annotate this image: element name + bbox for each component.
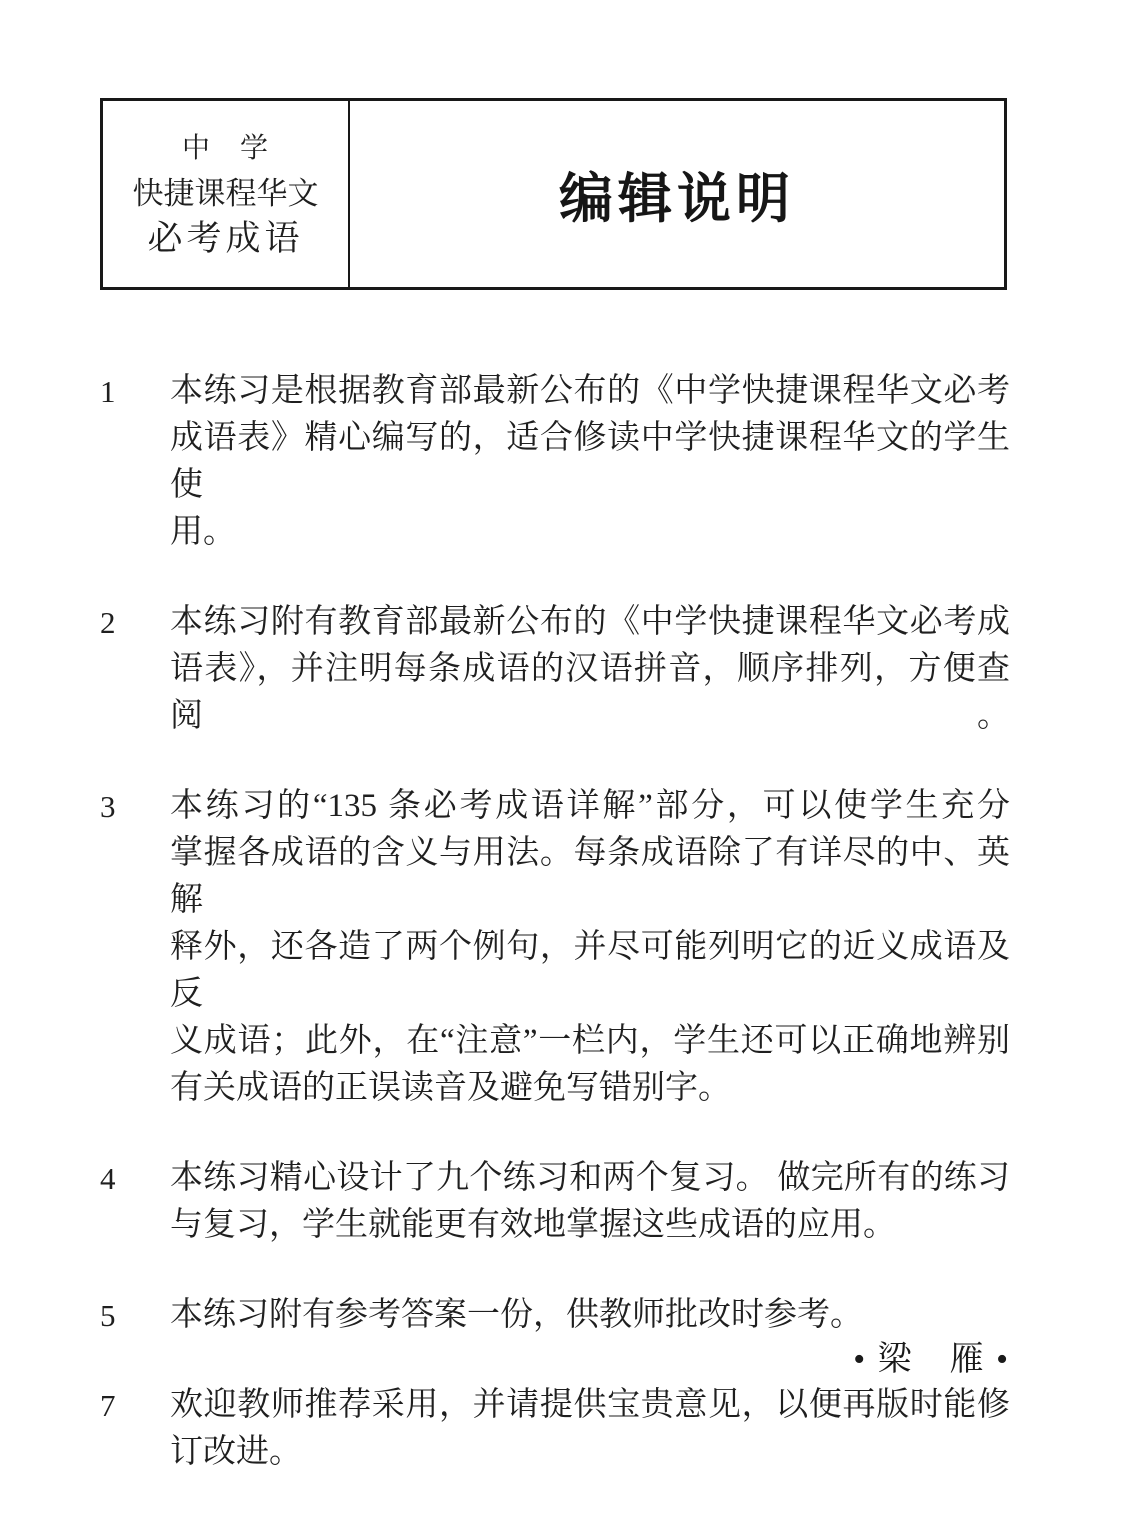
item-number: 7 bbox=[100, 1382, 170, 1476]
item-text: 本练习附有教育部最新公布的《中学快捷课程华文必考成 语表》，并注明每条成语的汉语… bbox=[170, 599, 1010, 740]
item-text: 本练习附有参考答案一份，供教师批改时参考。 bbox=[170, 1292, 1010, 1339]
note-line: 用。 bbox=[170, 509, 1010, 556]
series-title-line-3: 必考成语 bbox=[147, 216, 303, 262]
author-signature: • 梁 雁 • bbox=[853, 1336, 1010, 1383]
item-number: 4 bbox=[100, 1155, 170, 1249]
series-title-line-2: 快捷课程华文 bbox=[133, 171, 319, 216]
note-item-3: 3 本练习的“135 条必考成语详解”部分，可以使学生充分 掌握各成语的含义与用… bbox=[100, 783, 1010, 1112]
item-number: 3 bbox=[100, 783, 170, 1112]
document-page: 中 学 快捷课程华文 必考成语 编辑说明 1 本练习是根据教育部最新公布的《中学… bbox=[0, 0, 1124, 1537]
item-number: 1 bbox=[100, 368, 170, 556]
note-item-7: 7 欢迎教师推荐采用，并请提供宝贵意见，以便再版时能修 订改进。 bbox=[100, 1382, 1010, 1476]
note-item-4: 4 本练习精心设计了九个练习和两个复习。 做完所有的练习 与复习，学生就能更有效… bbox=[100, 1155, 1010, 1249]
item-text: 本练习精心设计了九个练习和两个复习。 做完所有的练习 与复习，学生就能更有效地掌… bbox=[170, 1155, 1010, 1249]
note-line: 有关成语的正误读音及避免写错别字。 bbox=[170, 1065, 1010, 1112]
note-line: 成语表》精心编写的，适合修读中学快捷课程华文的学生使 bbox=[170, 415, 1010, 509]
header-box: 中 学 快捷课程华文 必考成语 编辑说明 bbox=[100, 98, 1007, 290]
note-line: 掌握各成语的含义与用法。每条成语除了有详尽的中、英解 bbox=[170, 830, 1010, 924]
series-title: 中 学 快捷课程华文 必考成语 bbox=[103, 101, 350, 287]
item-text: 欢迎教师推荐采用，并请提供宝贵意见，以便再版时能修 订改进。 bbox=[170, 1382, 1010, 1476]
note-line: 订改进。 bbox=[170, 1429, 1010, 1476]
note-item-2: 2 本练习附有教育部最新公布的《中学快捷课程华文必考成 语表》，并注明每条成语的… bbox=[100, 599, 1010, 740]
header-title-cell: 编辑说明 bbox=[350, 101, 1004, 287]
page-title: 编辑说明 bbox=[559, 156, 795, 233]
note-line: 本练习是根据教育部最新公布的《中学快捷课程华文必考 bbox=[170, 368, 1010, 415]
note-line: 与复习，学生就能更有效地掌握这些成语的应用。 bbox=[170, 1202, 1010, 1249]
note-line: 本练习精心设计了九个练习和两个复习。 做完所有的练习 bbox=[170, 1155, 1010, 1202]
note-item-1: 1 本练习是根据教育部最新公布的《中学快捷课程华文必考 成语表》精心编写的，适合… bbox=[100, 368, 1010, 556]
item-text: 本练习的“135 条必考成语详解”部分，可以使学生充分 掌握各成语的含义与用法。… bbox=[170, 783, 1010, 1112]
item-number: 5 bbox=[100, 1292, 170, 1339]
note-line: 释外，还各造了两个例句，并尽可能列明它的近义成语及反 bbox=[170, 924, 1010, 1018]
note-line: 义成语；此外，在“注意”一栏内，学生还可以正确地辨别 bbox=[170, 1018, 1010, 1065]
note-item-5: 5 本练习附有参考答案一份，供教师批改时参考。 bbox=[100, 1292, 1010, 1339]
item-text: 本练习是根据教育部最新公布的《中学快捷课程华文必考 成语表》精心编写的，适合修读… bbox=[170, 368, 1010, 556]
note-line: 欢迎教师推荐采用，并请提供宝贵意见，以便再版时能修 bbox=[170, 1382, 1010, 1429]
note-line: 本练习附有参考答案一份，供教师批改时参考。 bbox=[170, 1292, 1010, 1339]
series-title-line-1: 中 学 bbox=[182, 126, 269, 171]
note-line: 本练习附有教育部最新公布的《中学快捷课程华文必考成 bbox=[170, 599, 1010, 646]
item-number: 2 bbox=[100, 599, 170, 740]
note-line: 语表》，并注明每条成语的汉语拼音，顺序排列，方便查阅。 bbox=[170, 646, 1010, 740]
note-line: 本练习的“135 条必考成语详解”部分，可以使学生充分 bbox=[170, 783, 1010, 830]
